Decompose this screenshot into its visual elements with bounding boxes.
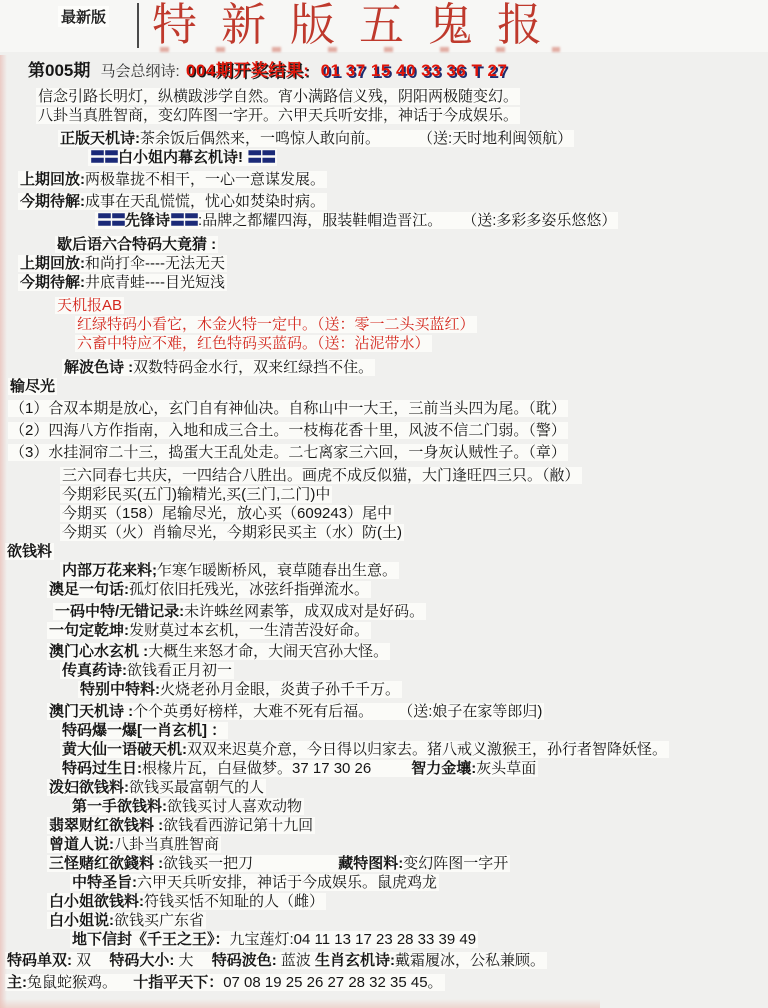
- riddle-section-title: 歇后语六合特码大竟猜 :: [55, 235, 768, 254]
- tip-line: 今期待解:井底青蛙----目光短浅: [18, 273, 768, 292]
- tip-line: 传真药诗:欲钱看正月初一: [60, 661, 768, 680]
- tip-line: 解波色诗 :双数特码金水行，双来红绿挡不住。: [62, 358, 768, 377]
- tip-line: （1）合双本期是放心，玄门自有神仙决。自称山中一大王，三前当头四为尾。（耽）: [8, 399, 768, 418]
- tip-line: （3）水挂洞帘二十三，捣蛋大王乱处走。二七离家三六回，一身灰认贼性子。（章）: [8, 443, 768, 462]
- draw-result-numbers: 01 37 15 40 33 36 T 27: [321, 61, 508, 80]
- header: 最新版 特新版五鬼报: [0, 0, 768, 52]
- double-bar-icon: 〓〓: [247, 149, 275, 166]
- zodiac-poem-value: 戴霜履冰，公私兼顾。: [395, 952, 545, 969]
- tip-line: 正版天机诗:茶余饭后偶然来，一鸣惊人敢向前。（送:天时地利闽领航）: [58, 129, 768, 148]
- tip-line: 翡翠财红欲钱料 :欲钱看西游记第十九回: [47, 816, 768, 835]
- odd-even-label: 特码单双:: [7, 952, 72, 969]
- edition-label: 最新版: [58, 6, 109, 27]
- draw-result-label: 004期开奖结果:: [186, 61, 310, 80]
- tip-line: 特码过生日:根椽片瓦，白昼做梦。37 17 30 26智力金壤:灰头草面: [60, 759, 768, 778]
- wave-color-value: 蓝波: [277, 952, 311, 969]
- tip-line: 澳门天机诗 :个个英勇好榜样，大难不死有后福。（送:娘子在家等郎归): [47, 702, 768, 721]
- tip-line: 一句定乾坤:发财莫过本玄机，一生清苦没好命。: [47, 621, 768, 640]
- tip-line: 特码爆一爆[一肖玄机] ：: [60, 721, 768, 740]
- big-small-value: 大: [174, 952, 193, 969]
- tip-line: 曾道人说:八卦当真胜智商: [47, 835, 768, 854]
- tianji-report-title: 天机报AB: [55, 296, 768, 315]
- double-bar-icon: 〓〓: [170, 212, 198, 229]
- issue-row: 第005期 马会总纲诗: 004期开奖结果: 01 37 15 40 33 36…: [28, 56, 768, 80]
- ten-numbers-value: 07 08 19 25 26 27 28 32 35 45。: [223, 974, 442, 991]
- title-divider: [137, 3, 139, 48]
- tip-line: 三六同春七共庆，一四结合八胜出。画虎不成反似猫，大门逢旺四三只。（敝）: [60, 466, 768, 485]
- tip-line: 上期回放:和尚打伞----无法无天: [18, 254, 768, 273]
- odd-even-value: 双: [72, 952, 91, 969]
- tip-line: 地下信封《千王之王》：九宝莲灯:04 11 13 17 23 28 33 39 …: [70, 930, 768, 949]
- footer-summary-row: 主:兔鼠蛇猴鸡。 十指平天下：07 08 19 25 26 27 28 32 3…: [5, 973, 768, 992]
- tip-line: 今期待解:成事在天乱慌慌，忧心如焚染时病。: [18, 192, 768, 211]
- tip-line: 泼妇欲钱料:欲钱买最富朝气的人: [47, 778, 768, 797]
- tip-line: 〓〓先锋诗〓〓:品牌之都耀四海，服装鞋帽造晋江。（送:多彩多姿乐悠悠）: [95, 211, 768, 230]
- shujinguang-section-title: 输尽光: [8, 377, 768, 396]
- double-bar-icon: 〓〓: [90, 149, 118, 166]
- title-ghost-artifact: [160, 47, 560, 52]
- big-small-label: 特码大小:: [109, 952, 174, 969]
- tip-line: 中特圣旨:六甲天兵听安排，神话于今成娱乐。鼠虎鸡龙: [70, 873, 768, 892]
- main-zodiac-value: 兔鼠蛇猴鸡。: [27, 974, 117, 991]
- master-poem-label: 马会总纲诗:: [101, 63, 180, 80]
- tip-line: 今期买（火）肖输尽光，今期彩民买主（水）防(土): [60, 523, 768, 542]
- zodiac-poem-label: 生肖玄机诗:: [315, 952, 395, 969]
- tip-line: 一码中特/无错记录:未许蛛丝网素筝，成双成对是好码。: [53, 602, 768, 621]
- scan-edge-artifact-left: [0, 55, 7, 1008]
- ten-numbers-label: 十指平天下：: [133, 974, 223, 991]
- tip-line: 红绿特码小看它，木金火特一定中。（送：零一二头买蓝红）: [75, 315, 768, 334]
- tip-line: 六畜中特应不难，红色特码买蓝码。（送：沾泥带水）: [75, 334, 768, 353]
- tip-line: 今期买（158）尾输尽光，放心买（609243）尾中: [60, 504, 768, 523]
- tip-line: 白小姐说:欲钱买广东省: [47, 911, 768, 930]
- double-bar-icon: 〓〓: [97, 212, 125, 229]
- scan-edge-artifact-bottom: [0, 999, 600, 1008]
- footer-summary-row: 特码单双: 双 特码大小: 大 特码波色: 蓝波 生肖玄机诗:戴霜履冰，公私兼顾…: [5, 951, 768, 970]
- five-ghost-report-page: 最新版 特新版五鬼报 第005期 马会总纲诗: 004期开奖结果: 01 37 …: [0, 0, 768, 1008]
- tip-line: 黄大仙一语破天机:双双来迟莫介意，今日得以归家去。猪八戒义激猴王，孙行者智降妖怪…: [60, 740, 768, 759]
- tip-line: 上期回放:两极靠拢不相干，一心一意谋发展。: [18, 170, 768, 189]
- tip-line: （2）四海八方作指南，入地和成三合土。一枝梅花香十里，风波不信二门弱。（警）: [8, 421, 768, 440]
- yuqianliao-section-title: 欲钱料: [5, 542, 768, 561]
- tip-line: 内部万花来料;乍寒乍暖断桥风，衰草随春出生意。: [60, 561, 768, 580]
- tip-line: 澳足一句话:孤灯依旧托残光，冰弦纤指弹流水。: [47, 580, 768, 599]
- draw-result: 004期开奖结果: 01 37 15 40 33 36 T 27: [186, 61, 508, 80]
- tip-line: 第一手欲钱料:欲钱买讨人喜欢动物: [70, 797, 768, 816]
- issue-number: 第005期: [28, 61, 90, 80]
- tip-line: 今期彩民买(五门)输精光,买(三门,二门)中: [60, 485, 768, 504]
- tip-lines: 信念引路长明灯，纵横跋涉学自然。宵小满路信义残，阴阳两极随变幻。 八卦当真胜智商…: [0, 87, 768, 949]
- main-zodiac-label: 主:: [7, 974, 27, 991]
- tip-line: 特别中特料:火烧老孙月金眼，炎黄子孙千千万。: [78, 680, 768, 699]
- tip-line: 〓〓白小姐内幕玄机诗! 〓〓: [88, 148, 768, 167]
- wave-color-label: 特码波色:: [212, 952, 277, 969]
- poem-line: 八卦当真胜智商，变幻阵图一字开。六甲天兵听安排，神话于今成娱乐。: [36, 106, 768, 125]
- tip-line: 三怪赌红欲錢料 :欲钱买一把刀藏特图料:变幻阵图一字开: [47, 854, 768, 873]
- poem-line: 信念引路长明灯，纵横跋涉学自然。宵小满路信义残，阴阳两极随变幻。: [36, 87, 768, 106]
- page-title: 特新版五鬼报: [152, 0, 566, 50]
- tip-line: 澳门心水玄机 :大概生来怒才命，大闹天宫孙大怪。: [47, 642, 768, 661]
- tip-line: 白小姐欲钱料:符钱买恬不知耻的人（雌）: [47, 892, 768, 911]
